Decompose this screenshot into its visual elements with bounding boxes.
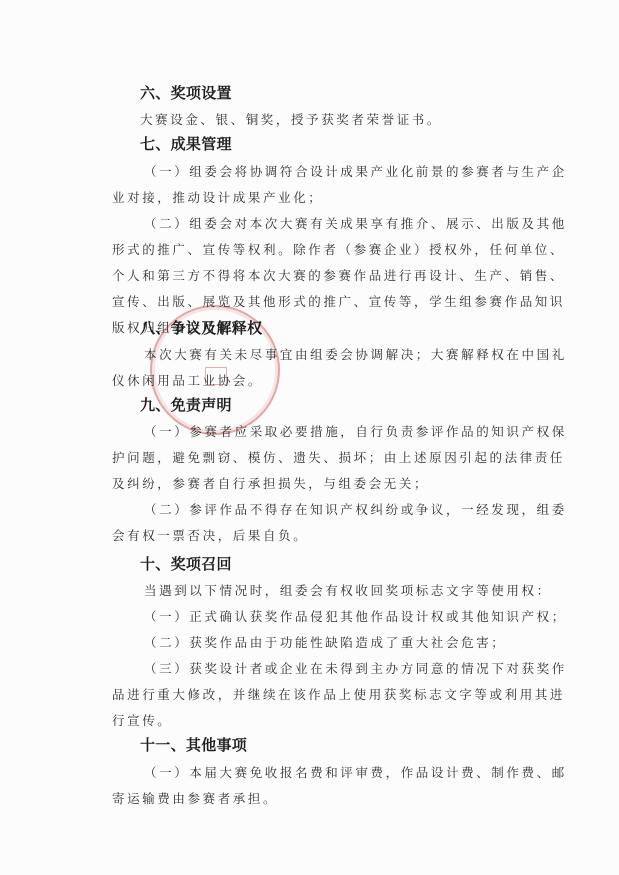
paragraph-line: （三）获奖设计者或企业在未得到主办方同意的情况下对获奖作 (144, 659, 567, 677)
paragraph-line: 个人和第三方不得将本次大赛的参赛作品进行再设计、生产、销售、 (112, 266, 565, 284)
paragraph-line: （一）参赛者应采取必要措施，自行负责参评作品的知识产权保 (144, 422, 567, 440)
paragraph-line: 品进行重大修改，并继续在该作品上使用获奖标志文字等或利用其进 (112, 685, 565, 703)
paragraph-line: 及纠纷，参赛者自行承担损失，与组委会无关； (112, 474, 429, 492)
paragraph-line: （一）本届大赛免收报名费和评审费，作品设计费、制作费、邮 (144, 763, 567, 781)
paragraph-line: （一）正式确认获奖作品侵犯其他作品设计权或其他知识产权； (144, 607, 567, 625)
paragraph-line: 寄运输费由参赛者承担。 (112, 789, 278, 807)
paragraph-line: 当遇到以下情况时，组委会有权收回奖项标志文字等使用权： (144, 581, 552, 599)
paragraph-line: 行宣传。 (112, 711, 172, 729)
document-page: 六、奖项设置 大赛设金、银、铜奖，授予获奖者荣誉证书。 七、成果管理 （一）组委… (0, 0, 619, 875)
paragraph-line: 本次大赛有关未尽事宜由组委会协调解决；大赛解释权在中国礼 (144, 345, 567, 363)
paragraph-line: （二）组委会对本次大赛有关成果享有推介、展示、出版及其他 (144, 214, 567, 232)
section-heading-other-matters: 十一、其他事项 (140, 734, 247, 755)
paragraph-line: 会有权一票否决，后果自负。 (112, 526, 308, 544)
section-heading-disclaimer: 九、免责声明 (140, 394, 232, 415)
section-heading-disputes: 八、争议及解释权 (140, 317, 262, 338)
paragraph-line: 宣传、出版、展览及其他形式的推广、宣传等，学生组参赛作品知识 (112, 292, 565, 310)
paragraph-line: （二）获奖作品由于功能性缺陷造成了重大社会危害； (144, 633, 506, 651)
paragraph-line: 形式的推广、宣传等权利。除作者（参赛企业）授权外，任何单位、 (112, 240, 565, 258)
paragraph-line: 护问题，避免剽窃、模仿、遗失、损坏；由上述原因引起的法律责任 (112, 448, 565, 466)
section-heading-awards: 六、奖项设置 (140, 82, 232, 103)
paragraph-line: 大赛设金、银、铜奖，授予获奖者荣誉证书。 (140, 110, 442, 128)
paragraph-line: 仪休闲用品工业协会。 (112, 371, 263, 389)
section-heading-award-recall: 十、奖项召回 (140, 553, 232, 574)
paragraph-line: （一）组委会将协调符合设计成果产业化前景的参赛者与生产企 (144, 162, 567, 180)
paragraph-line: （二）参评作品不得存在知识产权纠纷或争议，一经发现，组委 (144, 500, 567, 518)
section-heading-results: 七、成果管理 (140, 133, 232, 154)
paragraph-line: 业对接，推动设计成果产业化； (112, 188, 323, 206)
